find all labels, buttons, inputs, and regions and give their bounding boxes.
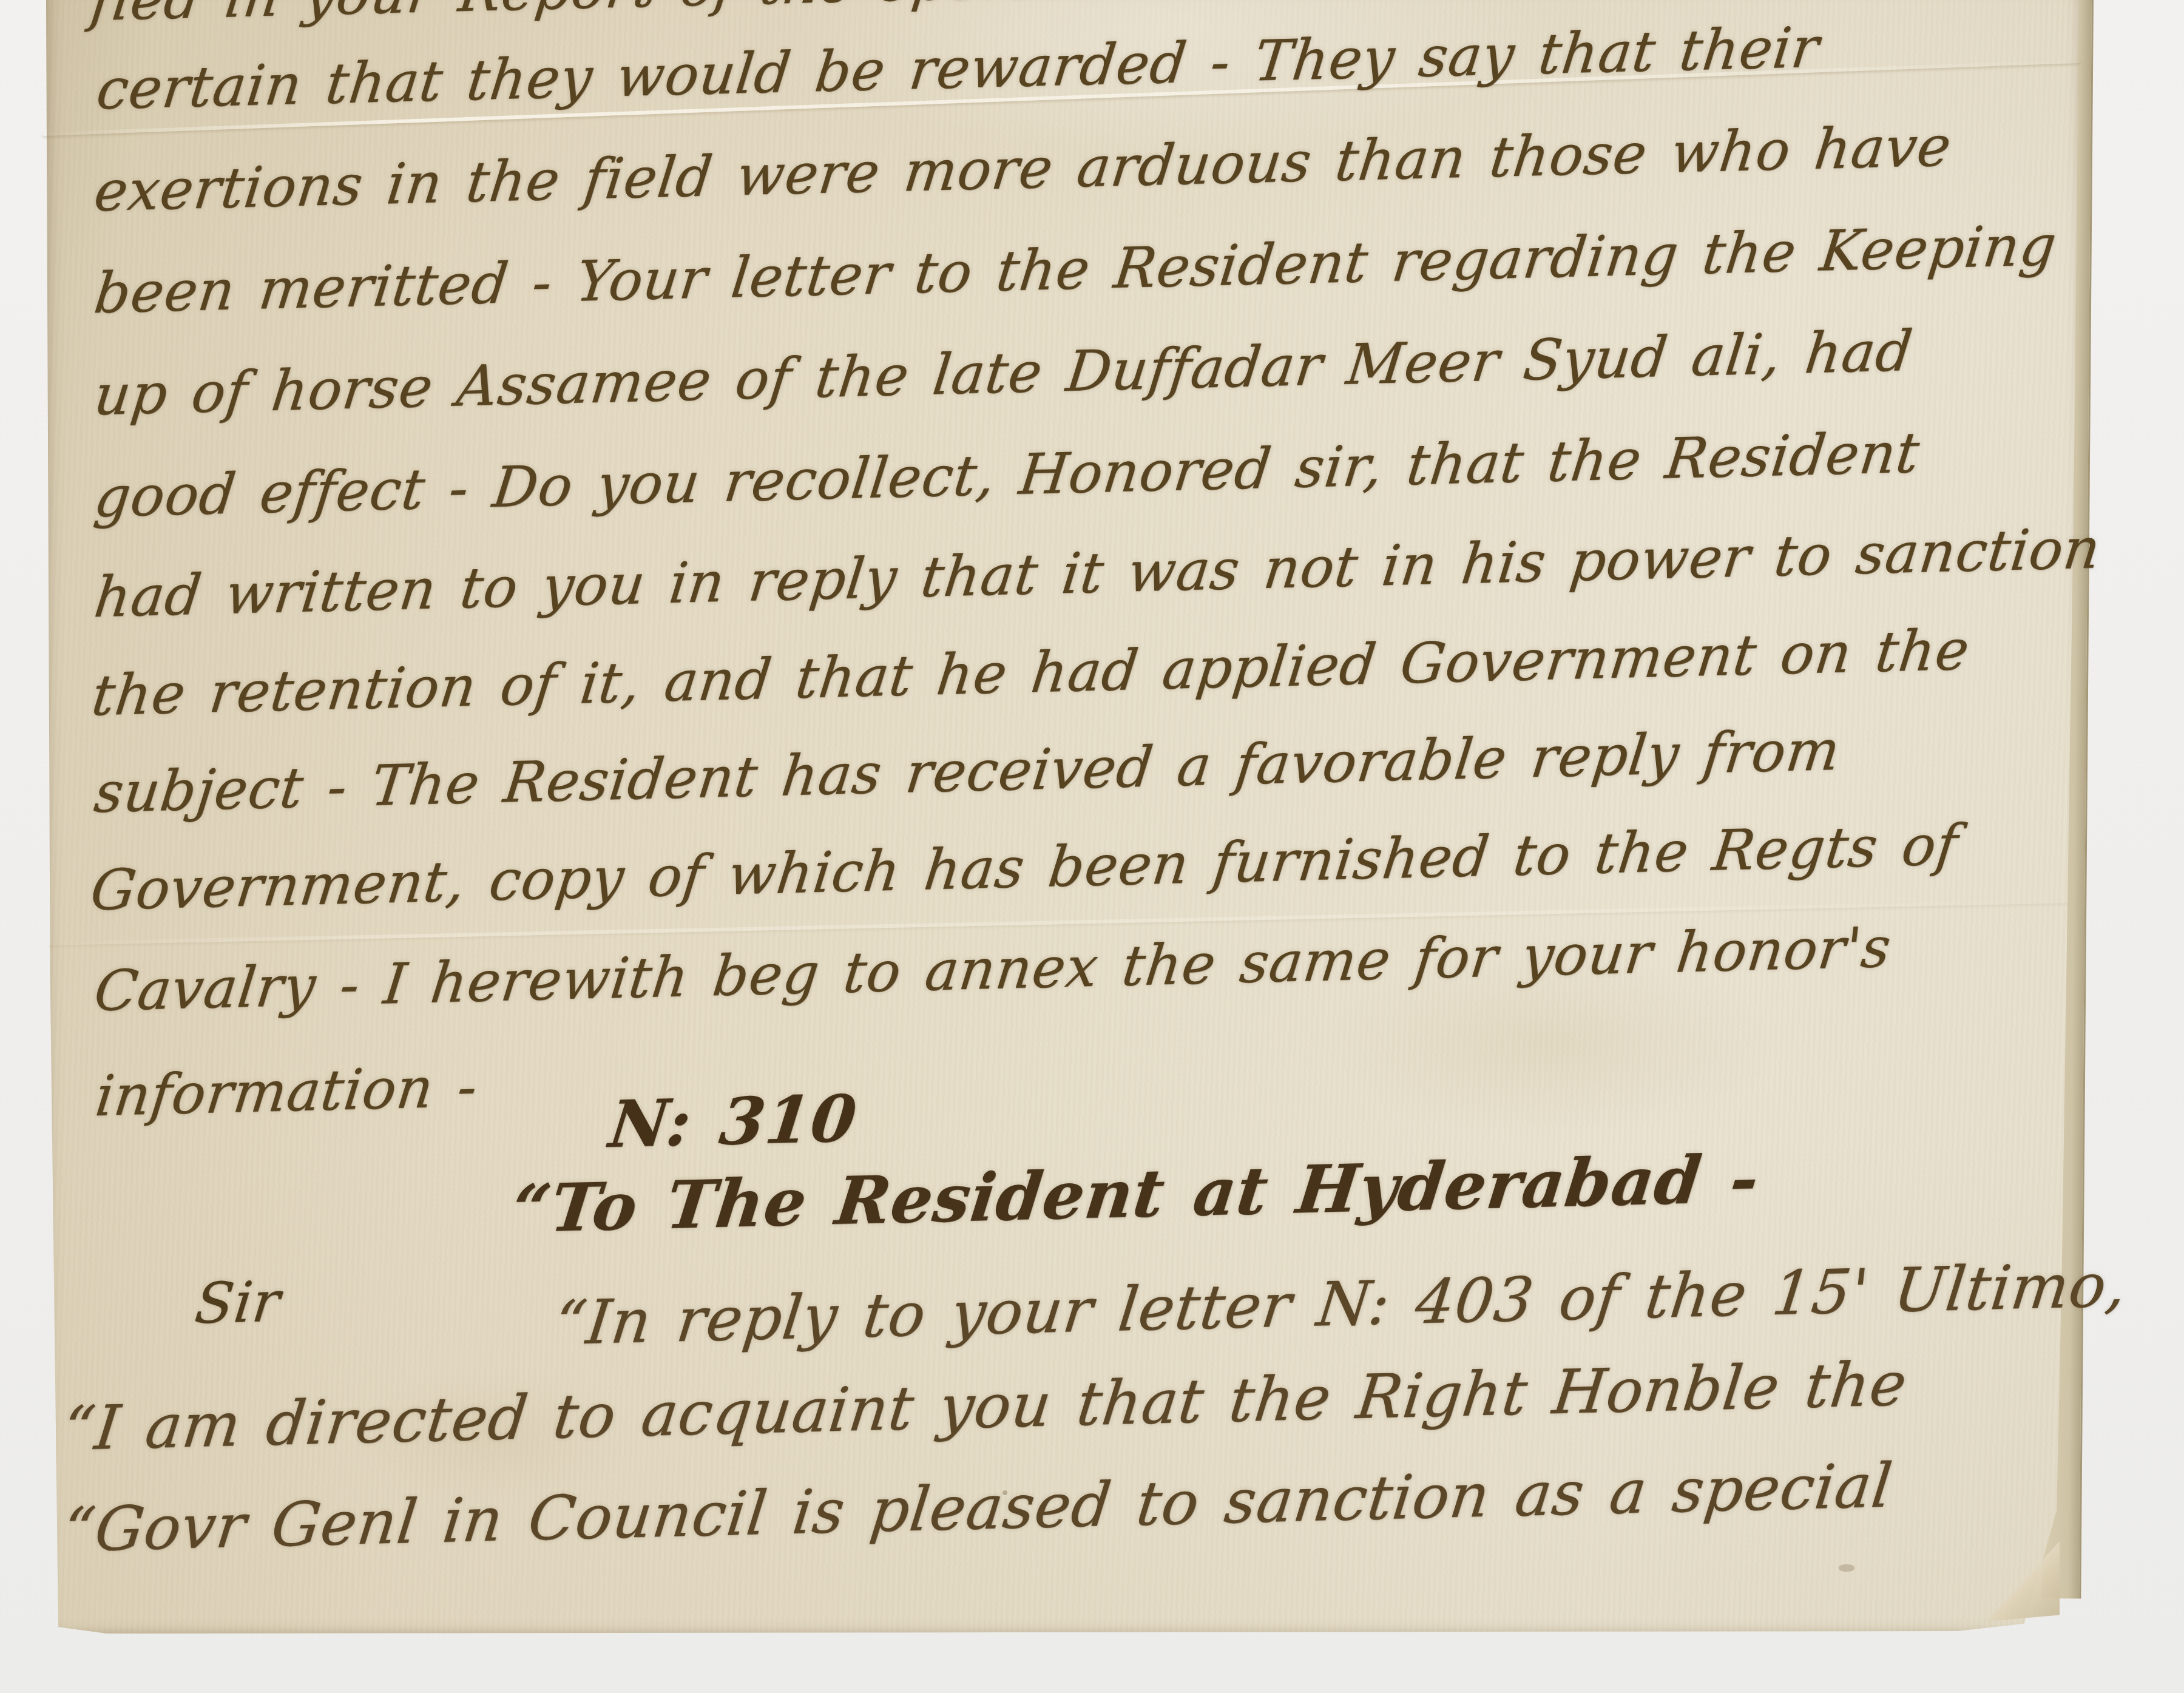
scan-background: fied in your Report of the operations at… (0, 0, 2184, 1693)
letter-number-heading: N: 310 (606, 1080, 861, 1162)
manuscript-line: information - (92, 1054, 481, 1129)
salutation: Sir (192, 1269, 284, 1337)
ink-smudge (1839, 1564, 1854, 1572)
